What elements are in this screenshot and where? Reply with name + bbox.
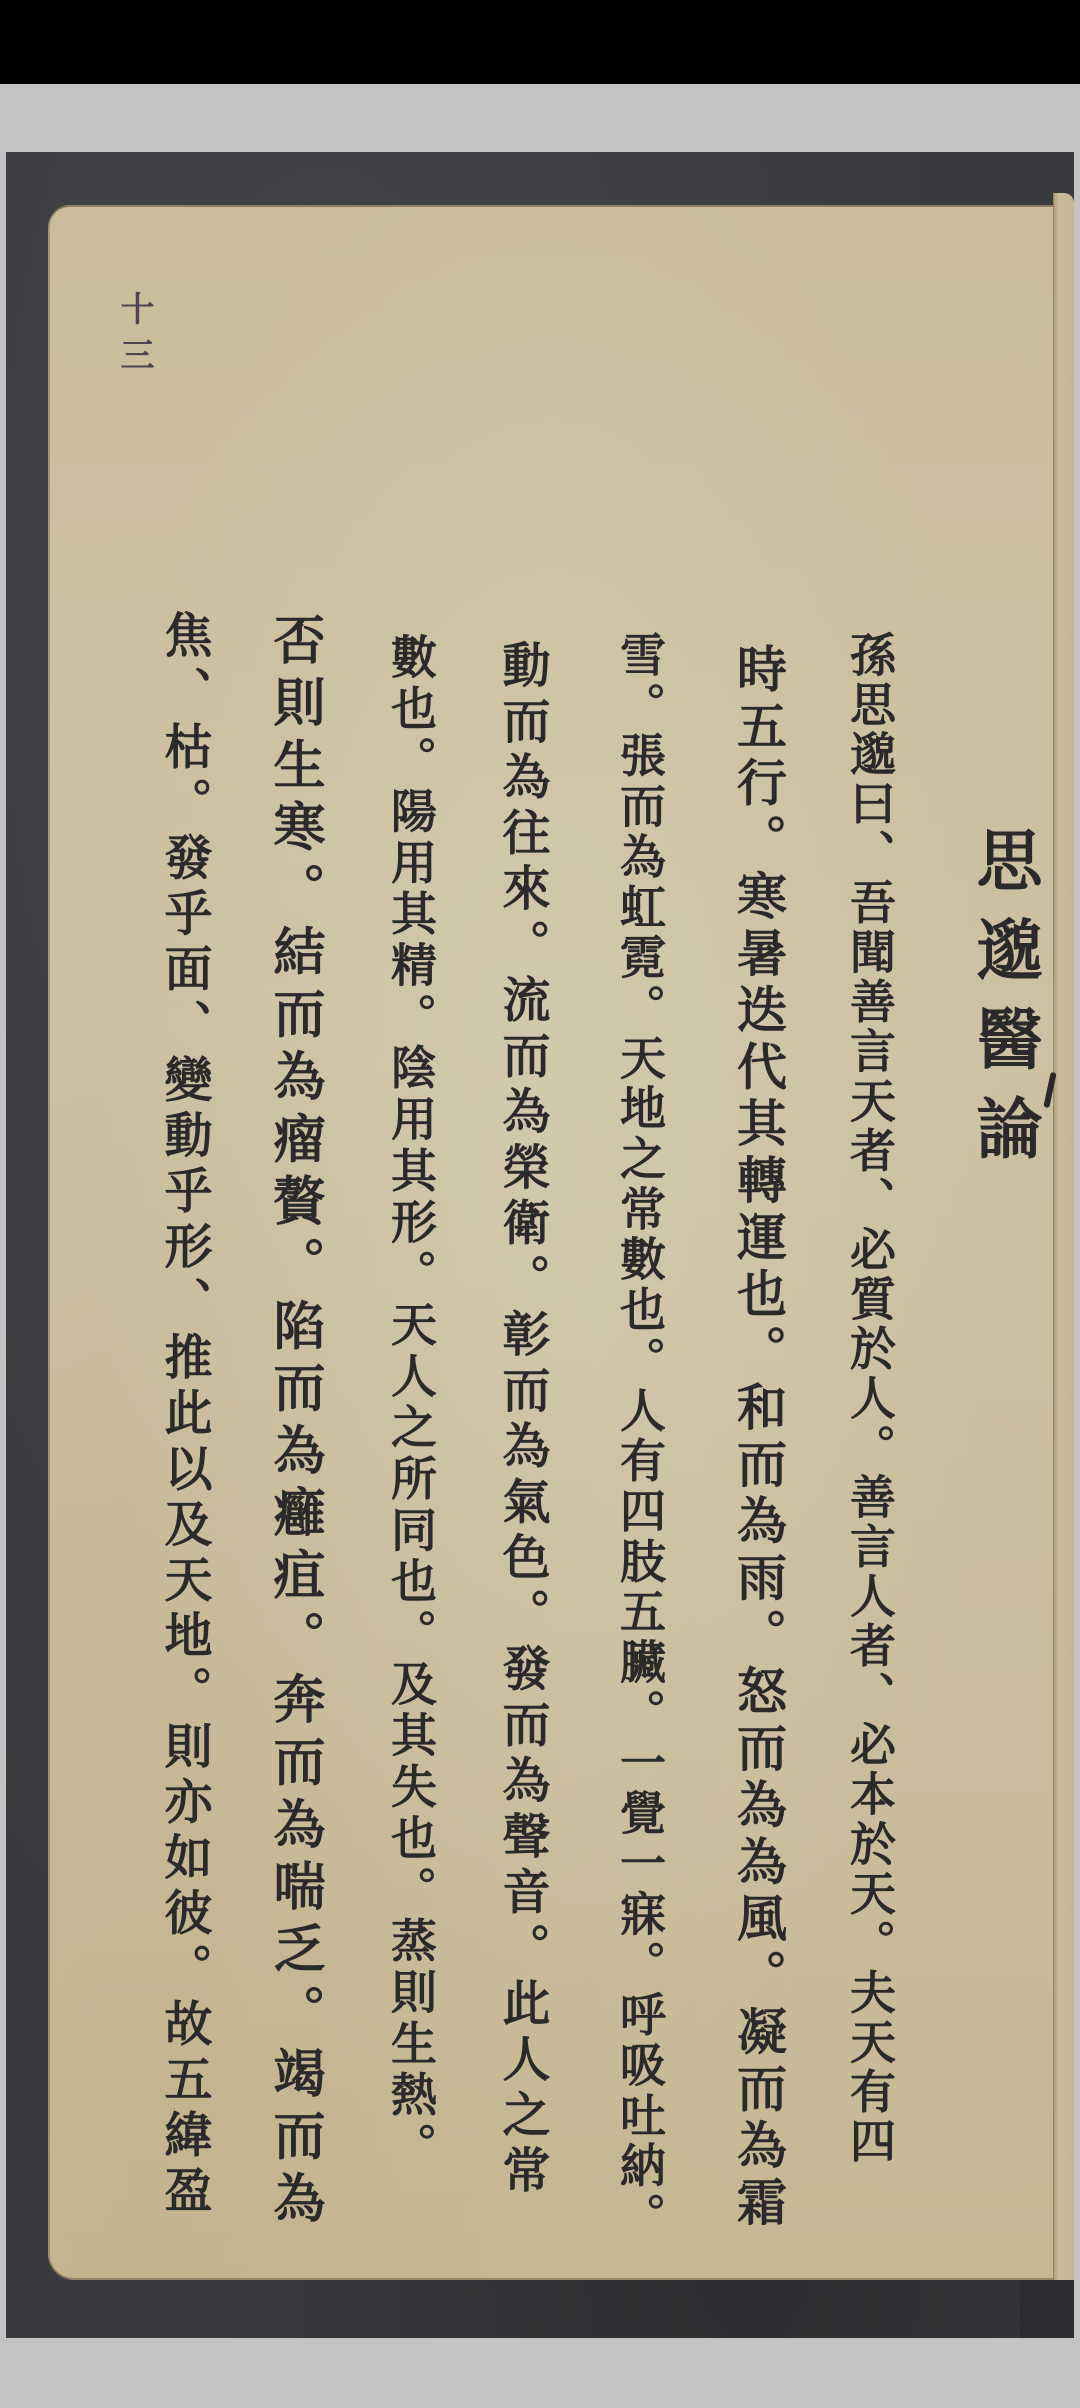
text-column-4: 動而為往來。流而為榮衛。彰而為氣色。發而為聲音。此人之常: [494, 640, 546, 2193]
manuscript-scan[interactable]: 十三 思邈醫論 孫思邈曰、吾聞善言天者、必質於人。善言人者、必本於天。夫天有四 …: [6, 152, 1074, 2338]
page-number: 十三: [115, 291, 151, 371]
text-column-5: 數也。陽用其精。陰用其形。天人之所同也。及其失也。蒸則生熱。: [384, 633, 434, 2168]
text-column-1: 孫思邈曰、吾聞善言天者、必質於人。善言人者、必本於天。夫天有四: [843, 631, 893, 2163]
page-title: 思邈醫論: [965, 826, 1037, 1160]
text-column-3: 雪。張而為虹霓。天地之常數也。人有四肢五臟。一覺一寐。呼吸吐納。: [613, 631, 663, 2238]
status-bar: [0, 0, 1080, 84]
text-column-2: 時五行。寒暑迭代其轉運也。和而為雨。怒而為為風。凝而為霜: [729, 643, 783, 2226]
page-fold-edge: [1053, 193, 1074, 2280]
text-column-7: 焦、枯。發乎面、變動乎形、推此以及天地。則亦如彼。故五緯盈: [156, 610, 208, 2213]
text-column-6: 否則生寒。結而為瘤贅。陷而為癰疽。奔而為喘乏。竭而為: [264, 613, 320, 2223]
manuscript-page: 十三 思邈醫論 孫思邈曰、吾聞善言天者、必質於人。善言人者、必本於天。夫天有四 …: [48, 205, 1053, 2280]
scan-shadow: [1020, 2280, 1074, 2338]
